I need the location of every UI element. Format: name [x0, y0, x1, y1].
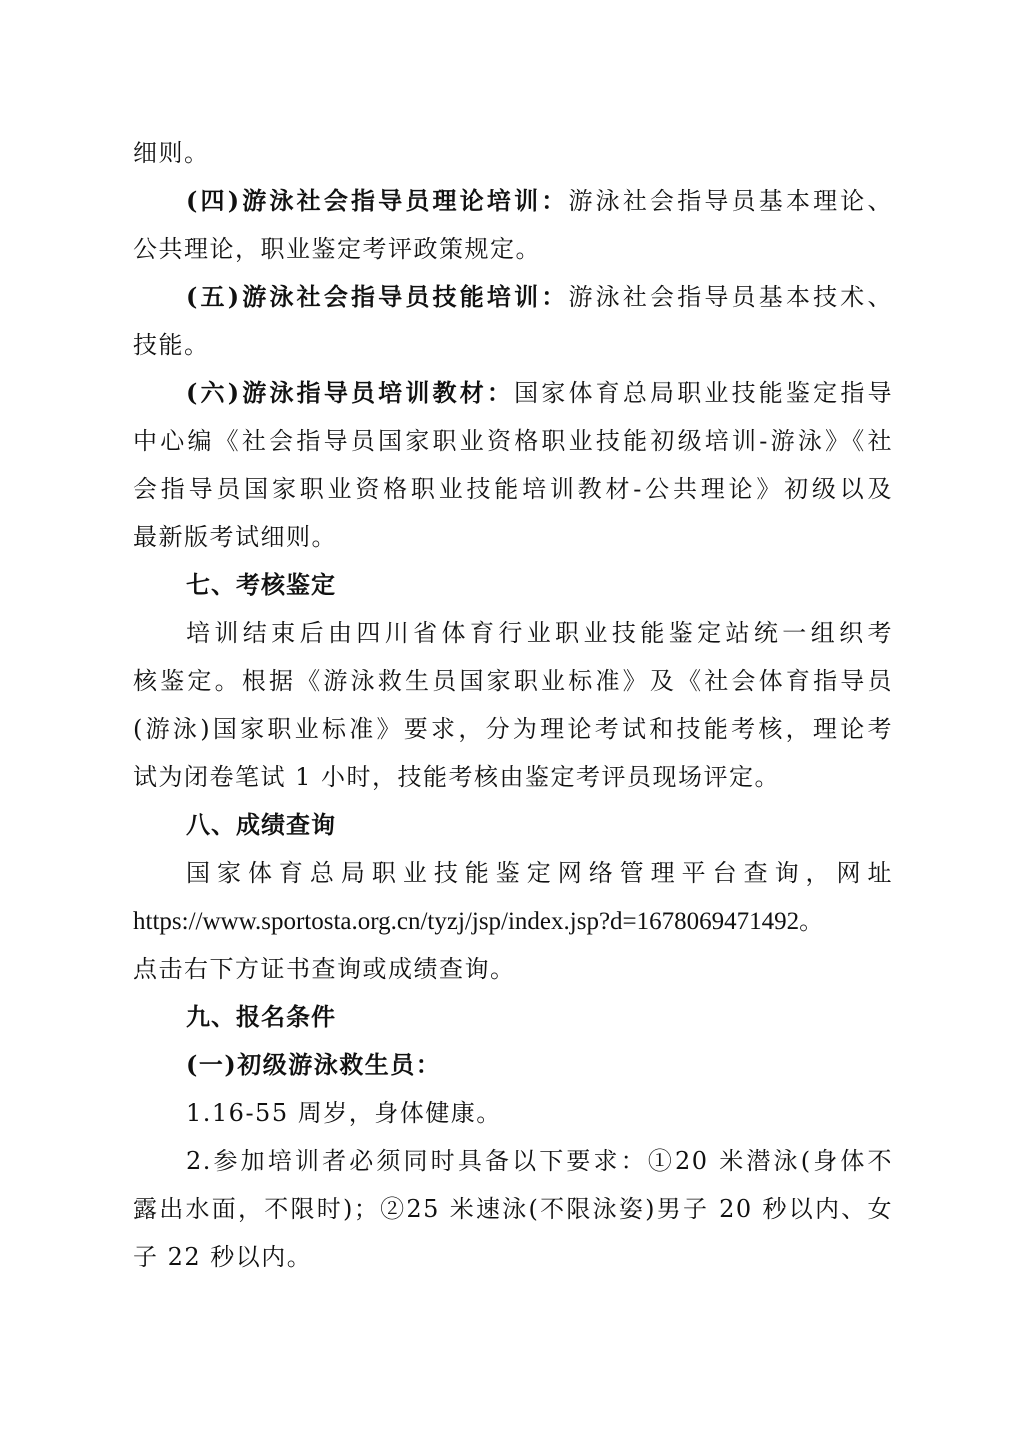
score-query-url-link[interactable]: https://www.sportosta.org.cn/tyzj/jsp/in… [133, 908, 799, 935]
subsection-one-line: (一)初级游泳救生员： [186, 1050, 893, 1080]
paragraph-line: (游泳)国家职业标准》要求，分为理论考试和技能考核，理论考 [133, 714, 893, 744]
section-heading-text: 八、成绩查询 [186, 811, 336, 839]
subsection-four-line: (四)游泳社会指导员理论培训：游泳社会指导员基本理论、 [186, 186, 893, 216]
paragraph-line: 国家体育总局职业技能鉴定网络管理平台查询，网址 [186, 858, 893, 888]
body-text: 露出水面，不限时)；②25 米速泳(不限泳姿)男子 20 秒以内、女 [133, 1195, 893, 1223]
subsection-six-line: (六)游泳指导员培训教材：国家体育总局职业技能鉴定指导 [186, 378, 893, 408]
section-heading-text: 九、报名条件 [186, 1003, 336, 1031]
paragraph-line: 试为闭卷笔试 1 小时，技能考核由鉴定考评员现场评定。 [133, 762, 893, 792]
section-heading-assessment: 七、考核鉴定 [186, 570, 893, 600]
body-text: 最新版考试细则。 [133, 523, 337, 551]
paragraph-line: 细则。 [133, 138, 893, 168]
body-text: 核鉴定。根据《游泳救生员国家职业标准》及《社会体育指导员 [133, 667, 893, 695]
subsection-five-line: (五)游泳社会指导员技能培训：游泳社会指导员基本技术、 [186, 282, 893, 312]
body-text: 游泳社会指导员基本理论、 [568, 187, 893, 215]
body-text: 点击右下方证书查询或成绩查询。 [133, 955, 516, 983]
section-heading-score-query: 八、成绩查询 [186, 810, 893, 840]
paragraph-line: 核鉴定。根据《游泳救生员国家职业标准》及《社会体育指导员 [133, 666, 893, 696]
subsection-one-title: (一)初级游泳救生员： [186, 1050, 441, 1079]
paragraph-line: 子 22 秒以内。 [133, 1242, 893, 1272]
subsection-five-title: (五)游泳社会指导员技能培训： [186, 282, 568, 311]
paragraph-line: 点击右下方证书查询或成绩查询。 [133, 954, 893, 984]
paragraph-line: 公共理论，职业鉴定考评政策规定。 [133, 234, 893, 264]
subsection-four-title: (四)游泳社会指导员理论培训： [186, 186, 568, 215]
body-text: 2.参加培训者必须同时具备以下要求：①20 米潜泳(身体不 [186, 1147, 893, 1175]
body-text: 中心编《社会指导员国家职业资格职业技能初级培训-游泳》《社 [133, 427, 893, 455]
paragraph-line: 露出水面，不限时)；②25 米速泳(不限泳姿)男子 20 秒以内、女 [133, 1194, 893, 1224]
subsection-six-title: (六)游泳指导员培训教材： [186, 378, 514, 407]
body-text: 1.16-55 周岁，身体健康。 [186, 1099, 502, 1127]
section-heading-text: 七、考核鉴定 [186, 571, 336, 599]
paragraph-line: 培训结束后由四川省体育行业职业技能鉴定站统一组织考 [186, 618, 893, 648]
list-item: 2.参加培训者必须同时具备以下要求：①20 米潜泳(身体不 [186, 1146, 893, 1176]
body-text: 细则。 [133, 139, 210, 167]
body-text: 。 [799, 907, 825, 935]
list-item: 1.16-55 周岁，身体健康。 [186, 1098, 893, 1128]
document-page: 细则。 (四)游泳社会指导员理论培训：游泳社会指导员基本理论、 公共理论，职业鉴… [0, 0, 1024, 1448]
paragraph-line: 会指导员国家职业资格职业技能培训教材-公共理论》初级以及 [133, 474, 893, 504]
body-text: 公共理论，职业鉴定考评政策规定。 [133, 235, 541, 263]
url-line: https://www.sportosta.org.cn/tyzj/jsp/in… [133, 906, 893, 937]
body-text: 会指导员国家职业资格职业技能培训教材-公共理论》初级以及 [133, 475, 893, 503]
body-text: (游泳)国家职业标准》要求，分为理论考试和技能考核，理论考 [133, 715, 893, 743]
paragraph-line: 中心编《社会指导员国家职业资格职业技能初级培训-游泳》《社 [133, 426, 893, 456]
paragraph-line: 最新版考试细则。 [133, 522, 893, 552]
section-heading-registration: 九、报名条件 [186, 1002, 893, 1032]
body-text: 技能。 [133, 331, 210, 359]
body-text: 国家体育总局职业技能鉴定网络管理平台查询，网址 [186, 859, 893, 887]
body-text: 游泳社会指导员基本技术、 [568, 283, 893, 311]
body-text: 试为闭卷笔试 1 小时，技能考核由鉴定考评员现场评定。 [133, 763, 780, 791]
body-text: 培训结束后由四川省体育行业职业技能鉴定站统一组织考 [186, 619, 893, 647]
body-text: 子 22 秒以内。 [133, 1243, 312, 1271]
paragraph-line: 技能。 [133, 330, 893, 360]
body-text: 国家体育总局职业技能鉴定指导 [514, 379, 893, 407]
